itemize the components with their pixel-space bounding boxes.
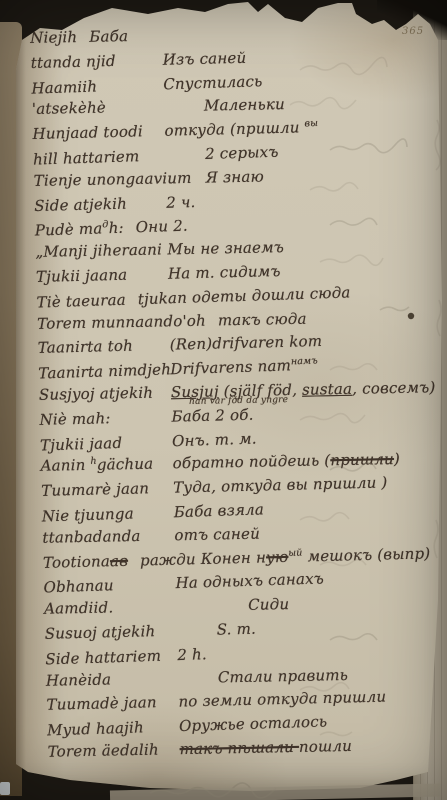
gloss-text: такъ пѣшали пошли (179, 737, 352, 758)
latin-phrase: Tiè taeuraa (36, 290, 126, 311)
gloss-text: Оружье осталось (179, 712, 328, 735)
latin-phrase: hill hattariem (33, 147, 140, 168)
latin-phrase: Susjyoj atjekih (39, 384, 154, 404)
manuscript-photo: 365 NiejihБабаttanda njidИзъ санейHaamii… (0, 0, 447, 800)
manuscript-lines: NiejihБабаttanda njidИзъ санейHaamiihСпу… (30, 20, 447, 767)
latin-phrase: Hunjaad toodi (32, 122, 143, 143)
latin-phrase: Torem munnaando'oh (37, 311, 206, 332)
latin-phrase: Side hattariem (45, 646, 161, 668)
latin-phrase: Tjukii jaad (40, 433, 123, 454)
latin-phrase: Myud haajih (47, 718, 144, 739)
gloss-text: Маленьки (204, 95, 285, 115)
gloss-text: откуда (пришли вы (164, 118, 318, 140)
gloss-text: 2 ч. (166, 193, 196, 212)
gloss-text: Стали править (218, 665, 349, 685)
gloss-text: 2 h. (177, 645, 207, 664)
gloss-text: Сиди (248, 595, 289, 614)
latin-phrase: Aamdiid. (44, 599, 114, 618)
gloss-text: S. m. (216, 620, 256, 639)
gloss-text: такъ сюда (218, 309, 307, 329)
gloss-text: Баба 2 об. (171, 405, 254, 425)
latin-phrase: Nie tjuunga (42, 504, 135, 525)
latin-phrase: Tjukii jaana (36, 266, 128, 286)
gloss-text: Я знаю (205, 167, 264, 186)
gloss-text: Онъ. т. м. (172, 429, 257, 450)
latin-phrase: Pudè maдh: (35, 219, 124, 240)
latin-phrase: Torem äedalih (47, 740, 158, 760)
latin-phrase: Taanirta nimdjeh (38, 360, 171, 382)
gloss-text: На одныхъ санахъ (175, 570, 324, 593)
latin-phrase: Niè mah: (39, 409, 110, 429)
gloss-text: Спустилась (163, 72, 263, 93)
gloss-text: Они 2. (135, 217, 188, 237)
gloss-text: Изъ саней (163, 49, 247, 69)
latin-phrase: Tuumarè jaan (41, 479, 149, 500)
latin-phrase: Tootionaав (43, 551, 128, 571)
latin-phrase: ttanbadanda (42, 527, 140, 547)
gloss-text: Баба взяла (174, 500, 265, 521)
gloss-text: Туда, откуда вы пришли ) (173, 474, 388, 497)
latin-phrase: 'atsekèhè (32, 99, 106, 118)
latin-phrase: Aanin hgächua (41, 455, 154, 475)
gloss-text: На т. сидимъ (168, 262, 281, 283)
latin-phrase: Taanirta toh (38, 337, 134, 357)
gloss-text: Drifvarens namнамъ (170, 356, 318, 379)
gloss-text: 2 серыхъ (205, 143, 279, 163)
latin-phrase: Side atjekih (34, 194, 127, 214)
gloss-text: отъ саней (174, 524, 260, 544)
gloss-text: по земли откуда пришли (178, 688, 386, 711)
latin-phrase: „Manji jiheraani (35, 241, 162, 261)
bottom-left-fragment (0, 782, 10, 795)
latin-phrase: Niejih (30, 28, 77, 47)
gloss-text: Баба (89, 27, 128, 46)
latin-phrase: Tienje unongaavium (34, 169, 192, 190)
latin-phrase: Obhanau (43, 577, 114, 597)
manuscript-page: 365 NiejihБабаttanda njidИзъ санейHaamii… (0, 0, 447, 800)
latin-phrase: ttanda njid (31, 52, 116, 72)
gloss-text: (Ren)drifvaren kom (170, 332, 323, 354)
latin-phrase: Tuumadè jaan (46, 693, 157, 714)
latin-phrase: Hanèida (46, 670, 112, 689)
gloss-text: обратно пойдешь (пришли) (172, 450, 400, 472)
latin-phrase: Susuoj atjekih (45, 622, 156, 643)
latin-phrase: Haamiih (31, 77, 97, 97)
gloss-text: Мы не знаемъ (167, 238, 284, 258)
